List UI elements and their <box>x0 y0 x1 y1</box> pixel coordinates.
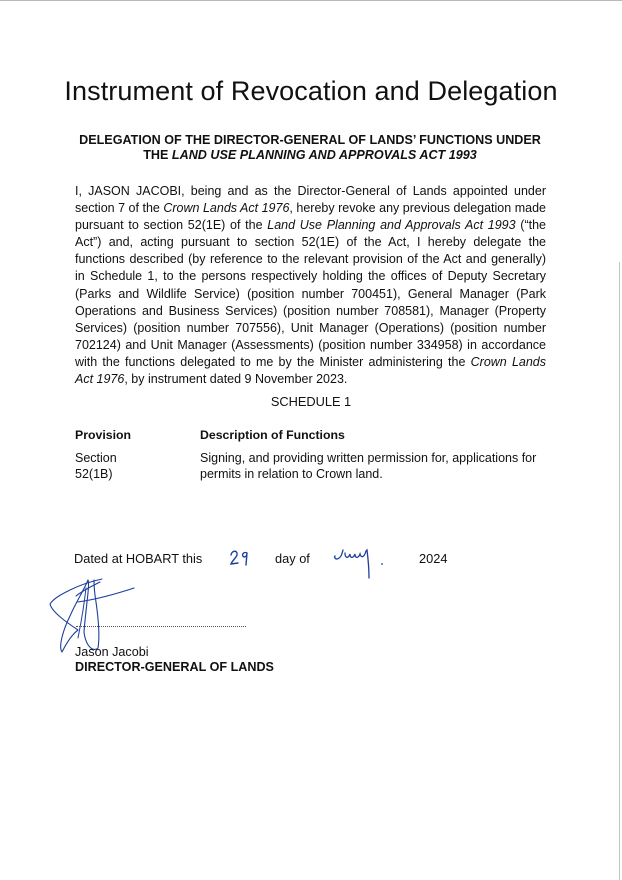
subtitle-prefix: THE <box>143 148 172 162</box>
column-header-description: Description of Functions <box>200 428 555 443</box>
document-subtitle: DELEGATION OF THE DIRECTOR-GENERAL OF LA… <box>60 133 560 163</box>
column-header-provision: Provision <box>75 428 200 443</box>
day-of-label: day of <box>275 551 310 566</box>
delegation-paragraph: I, JASON JACOBI, being and as the Direct… <box>75 183 546 388</box>
dated-year: 2024 <box>419 551 447 566</box>
provision-cell: Section 52(1B) <box>75 451 200 482</box>
act-reference: Crown Lands Act 1976 <box>163 201 289 215</box>
dated-prefix: Dated at HOBART this <box>74 551 202 566</box>
schedule-table: Provision Description of Functions Secti… <box>75 428 555 482</box>
provision-line: Section <box>75 451 200 467</box>
table-row: Section 52(1B) Signing, and providing wr… <box>75 451 555 482</box>
act-reference: Land Use Planning and Approvals Act 1993 <box>267 218 515 232</box>
subtitle-line-2: THE LAND USE PLANNING AND APPROVALS ACT … <box>60 148 560 163</box>
handwritten-month <box>333 544 393 584</box>
page-right-border <box>619 262 620 880</box>
page-top-border <box>0 0 622 1</box>
description-cell: Signing, and providing written permissio… <box>200 451 555 482</box>
document-title: Instrument of Revocation and Delegation <box>0 76 622 107</box>
handwritten-day <box>229 548 251 568</box>
act-name: LAND USE PLANNING AND APPROVALS ACT 1993 <box>172 148 477 162</box>
signature-line <box>76 626 246 627</box>
provision-line: 52(1B) <box>75 467 200 483</box>
signatory-name: Jason Jacobi <box>75 645 149 659</box>
signatory-title: DIRECTOR-GENERAL OF LANDS <box>75 660 274 674</box>
body-text: , by instrument dated 9 November 2023. <box>124 372 347 386</box>
subtitle-line-1: DELEGATION OF THE DIRECTOR-GENERAL OF LA… <box>60 133 560 148</box>
signature-icon <box>48 576 148 656</box>
table-header-row: Provision Description of Functions <box>75 428 555 443</box>
body-text: (“the Act”) and, acting pursuant to sect… <box>75 218 546 369</box>
schedule-heading: SCHEDULE 1 <box>0 394 622 409</box>
